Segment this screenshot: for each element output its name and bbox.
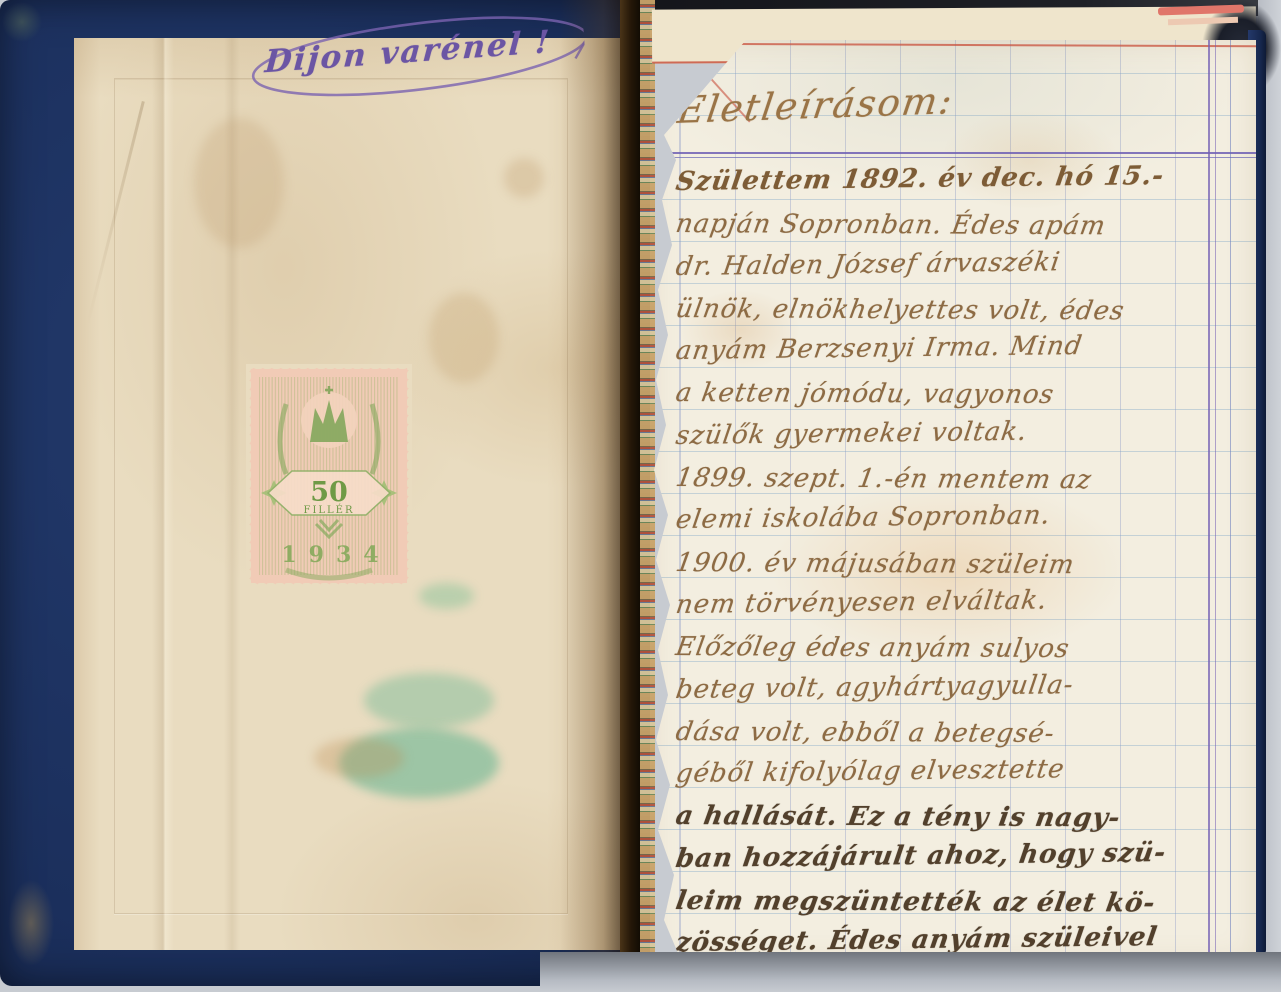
book-bottom-shadow (540, 952, 1281, 992)
gutter-shadow (560, 0, 622, 986)
red-edge-line (690, 43, 1256, 47)
paper-crease (152, 38, 174, 950)
handwriting-line: géből kifolyólag elvesztette (673, 746, 1254, 795)
brown-stain (429, 293, 499, 383)
torn-binding-edge (640, 0, 655, 988)
spine-crevice (620, 0, 640, 988)
revenue-stamp: 50 FILLÉR 1934 (246, 364, 412, 588)
handwriting-line: anyám Berzsenyi Irma. Mind (673, 323, 1254, 372)
handwriting-line: ban hozzájárult ahoz, hogy szü- (673, 831, 1254, 880)
handwriting-line: beteg volt, agyhártyagyulla- (673, 661, 1254, 710)
handwriting-line: nem törvényesen elváltak. (673, 577, 1254, 626)
cover-frayed-corner (8, 880, 54, 966)
brown-stain (314, 738, 404, 778)
stamp-value: 50 (310, 477, 348, 508)
handwritten-text-block: Születtem 1892. év dec. hó 15.- napján S… (676, 161, 1251, 965)
handwriting-line: elemi iskolába Sopronban. (673, 492, 1254, 541)
handwriting-line: Születtem 1892. év dec. hó 15.- (673, 154, 1254, 203)
handwriting-line: dr. Halden József árvaszéki (673, 239, 1254, 288)
stamp-unit: FILLÉR (304, 504, 355, 516)
green-stain (364, 673, 494, 728)
green-stain (419, 583, 474, 609)
brown-stain (194, 118, 284, 248)
stamp-year: 1934 (281, 542, 390, 568)
brown-stain (504, 158, 544, 198)
right-notebook-page: Életleírásom: Születtem 1892. év dec. hó… (650, 40, 1256, 964)
open-diary-scan: Dijon varénel ! 50 FILLÉR 1934 (0, 0, 1281, 992)
handwriting-line: szülők gyermekei voltak. (673, 408, 1254, 457)
page-title: Életleírásom: (675, 79, 957, 132)
header-rule-line (650, 152, 1256, 154)
cover-frayed-corner-top (2, 2, 42, 42)
